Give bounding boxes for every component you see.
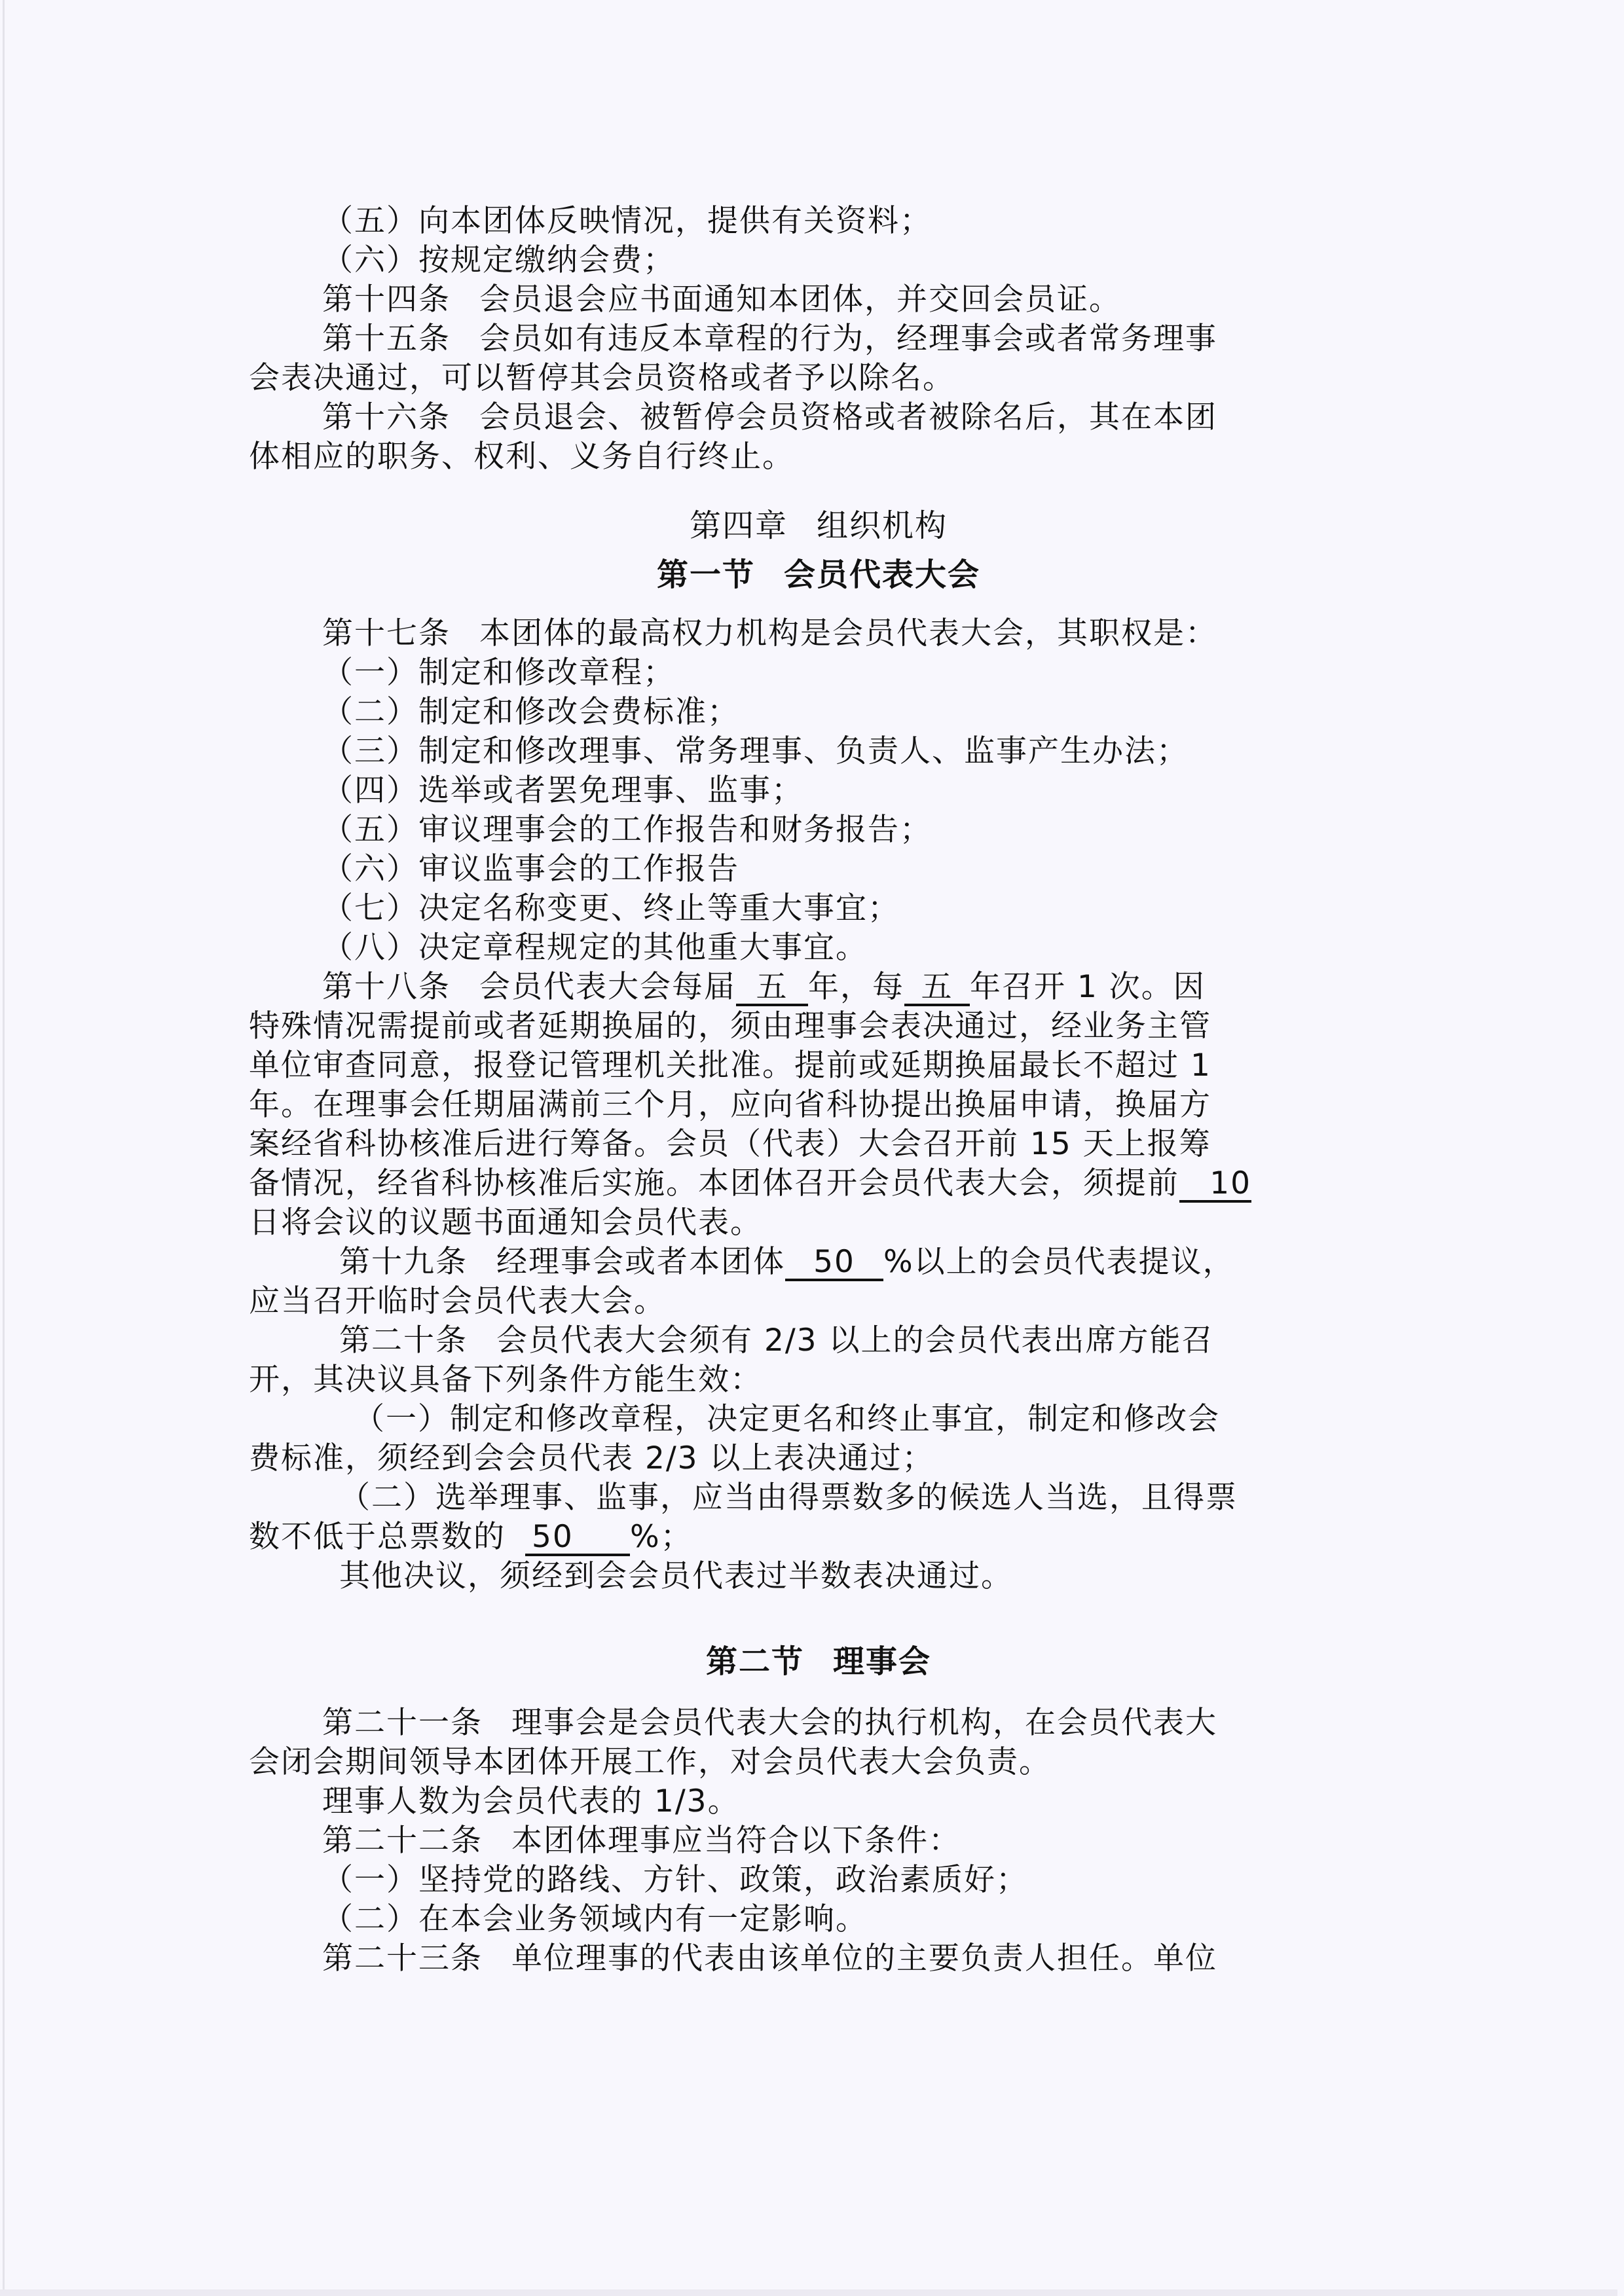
article-label: 第二十一条 [322, 1705, 483, 1741]
page-edge-left [3, 0, 5, 2296]
article-text: 本团体的最高权力机构是会员代表大会，其职权是： [479, 615, 1217, 651]
fill-blank-proposal-percent: 50 [785, 1246, 883, 1281]
list-item: （一）坚持党的路线、方针、政策，政治素质好； [249, 1861, 1388, 1900]
section-title: 理事会 [833, 1643, 931, 1680]
list-item: （五）审议理事会的工作报告和财务报告； [249, 811, 1388, 850]
article-label: 第十六条 [322, 399, 451, 435]
article-label: 第二十条 [339, 1322, 468, 1358]
article-20: 第二十条会员代表大会须有 2/3 以上的会员代表出席方能召 [249, 1321, 1388, 1360]
article-text-cont: 数不低于总票数的50%； [249, 1518, 1388, 1557]
article-label: 第十五条 [322, 321, 451, 357]
list-item: （一）制定和修改章程，决定更名和终止事宜，制定和修改会 [249, 1400, 1388, 1439]
article-21: 第二十一条理事会是会员代表大会的执行机构，在会员代表大 [249, 1704, 1388, 1743]
section-heading: 第一节会员代表大会 [249, 549, 1388, 601]
article-text-cont: 日将会议的议题书面通知会员代表。 [249, 1203, 1388, 1243]
article-text-cont: 体相应的职务、权利、义务自行终止。 [249, 437, 1388, 477]
article-text: 其他决议，须经到会会员代表过半数表决通过。 [249, 1557, 1388, 1596]
chapter-number: 第四章 [690, 507, 788, 544]
fill-blank-vote-percent: 50 [525, 1521, 630, 1556]
article-14: 第十四条会员退会应书面通知本团体，并交回会员证。 [249, 280, 1388, 319]
article-17: 第十七条本团体的最高权力机构是会员代表大会，其职权是： [249, 614, 1388, 653]
section-heading: 第二节理事会 [249, 1635, 1388, 1688]
list-item: （二）制定和修改会费标准； [249, 693, 1388, 732]
chapter-title: 组织机构 [817, 507, 948, 544]
list-item: （八）决定章程规定的其他重大事宜。 [249, 928, 1388, 968]
article-19: 第十九条经理事会或者本团体50%以上的会员代表提议， [249, 1243, 1388, 1282]
list-item: （四）选举或者罢免理事、监事； [249, 771, 1388, 811]
article-text-cont: 特殊情况需提前或者延期换届的，须由理事会表决通过，经业务主管 [249, 1007, 1388, 1046]
article-18: 第十八条会员代表大会每届五年，每五年召开 1 次。因 [249, 968, 1388, 1007]
article-label: 第十四条 [322, 282, 451, 318]
article-label: 第十九条 [339, 1244, 468, 1280]
article-text-cont: 会闭会期间领导本团体开展工作，对会员代表大会负责。 [249, 1743, 1388, 1782]
article-text-cont: 备情况，经省科协核准后实施。本团体召开会员代表大会，须提前10 [249, 1164, 1388, 1203]
article-text: 会员退会应书面通知本团体，并交回会员证。 [479, 282, 1121, 318]
section-title: 会员代表大会 [784, 556, 980, 593]
list-item: （二）选举理事、监事，应当由得票数多的候选人当选，且得票 [249, 1478, 1388, 1518]
article-text: 理事人数为会员代表的 1/3。 [249, 1782, 1388, 1821]
article-15: 第十五条会员如有违反本章程的行为，经理事会或者常务理事 [249, 319, 1388, 359]
page-edge-bottom [0, 2289, 1617, 2296]
list-item: （六）按规定缴纳会费； [249, 241, 1388, 280]
chapter-heading: 第四章组织机构 [249, 503, 1388, 549]
document-body: （五）向本团体反映情况，提供有关资料； （六）按规定缴纳会费； 第十四条会员退会… [249, 202, 1388, 1978]
fill-blank-frequency: 五 [904, 971, 970, 1006]
article-23: 第二十三条单位理事的代表由该单位的主要负责人担任。单位 [249, 1939, 1388, 1978]
list-item: （五）向本团体反映情况，提供有关资料； [249, 202, 1388, 241]
list-item: （二）在本会业务领域内有一定影响。 [249, 1900, 1388, 1939]
article-text-cont: 单位审查同意，报登记管理机关批准。提前或延期换届最长不超过 1 [249, 1046, 1388, 1085]
article-label: 第十八条 [322, 969, 451, 1005]
article-text-cont: 应当召开临时会员代表大会。 [249, 1282, 1388, 1321]
article-text-cont: 费标准，须经到会会员代表 2/3 以上表决通过； [249, 1439, 1388, 1478]
section-number: 第二节 [706, 1643, 804, 1680]
article-label: 第十七条 [322, 615, 451, 651]
section-number: 第一节 [657, 556, 755, 593]
article-text: 会员如有违反本章程的行为，经理事会或者常务理事 [479, 321, 1217, 357]
fill-blank-notice-days: 10 [1179, 1167, 1251, 1203]
article-16: 第十六条会员退会、被暂停会员资格或者被除名后，其在本团 [249, 398, 1388, 437]
list-item: （六）审议监事会的工作报告 [249, 850, 1388, 889]
fill-blank-term-years: 五 [736, 971, 808, 1006]
article-text-cont: 会表决通过，可以暂停其会员资格或者予以除名。 [249, 359, 1388, 398]
article-label: 第二十二条 [322, 1823, 483, 1859]
article-text-cont: 开，其决议具备下列条件方能生效： [249, 1360, 1388, 1400]
article-text-cont: 年。在理事会任期届满前三个月，应向省科协提出换届申请，换届方 [249, 1085, 1388, 1125]
article-text: 会员退会、被暂停会员资格或者被除名后，其在本团 [479, 399, 1217, 435]
scanned-page: （五）向本团体反映情况，提供有关资料； （六）按规定缴纳会费； 第十四条会员退会… [0, 0, 1624, 2296]
article-label: 第二十三条 [322, 1941, 483, 1977]
article-text-cont: 案经省科协核准后进行筹备。会员（代表）大会召开前 15 天上报筹 [249, 1125, 1388, 1164]
list-item: （七）决定名称变更、终止等重大事宜； [249, 889, 1388, 928]
article-22: 第二十二条本团体理事应当符合以下条件： [249, 1821, 1388, 1861]
list-item: （三）制定和修改理事、常务理事、负责人、监事产生办法； [249, 732, 1388, 771]
list-item: （一）制定和修改章程； [249, 653, 1388, 693]
